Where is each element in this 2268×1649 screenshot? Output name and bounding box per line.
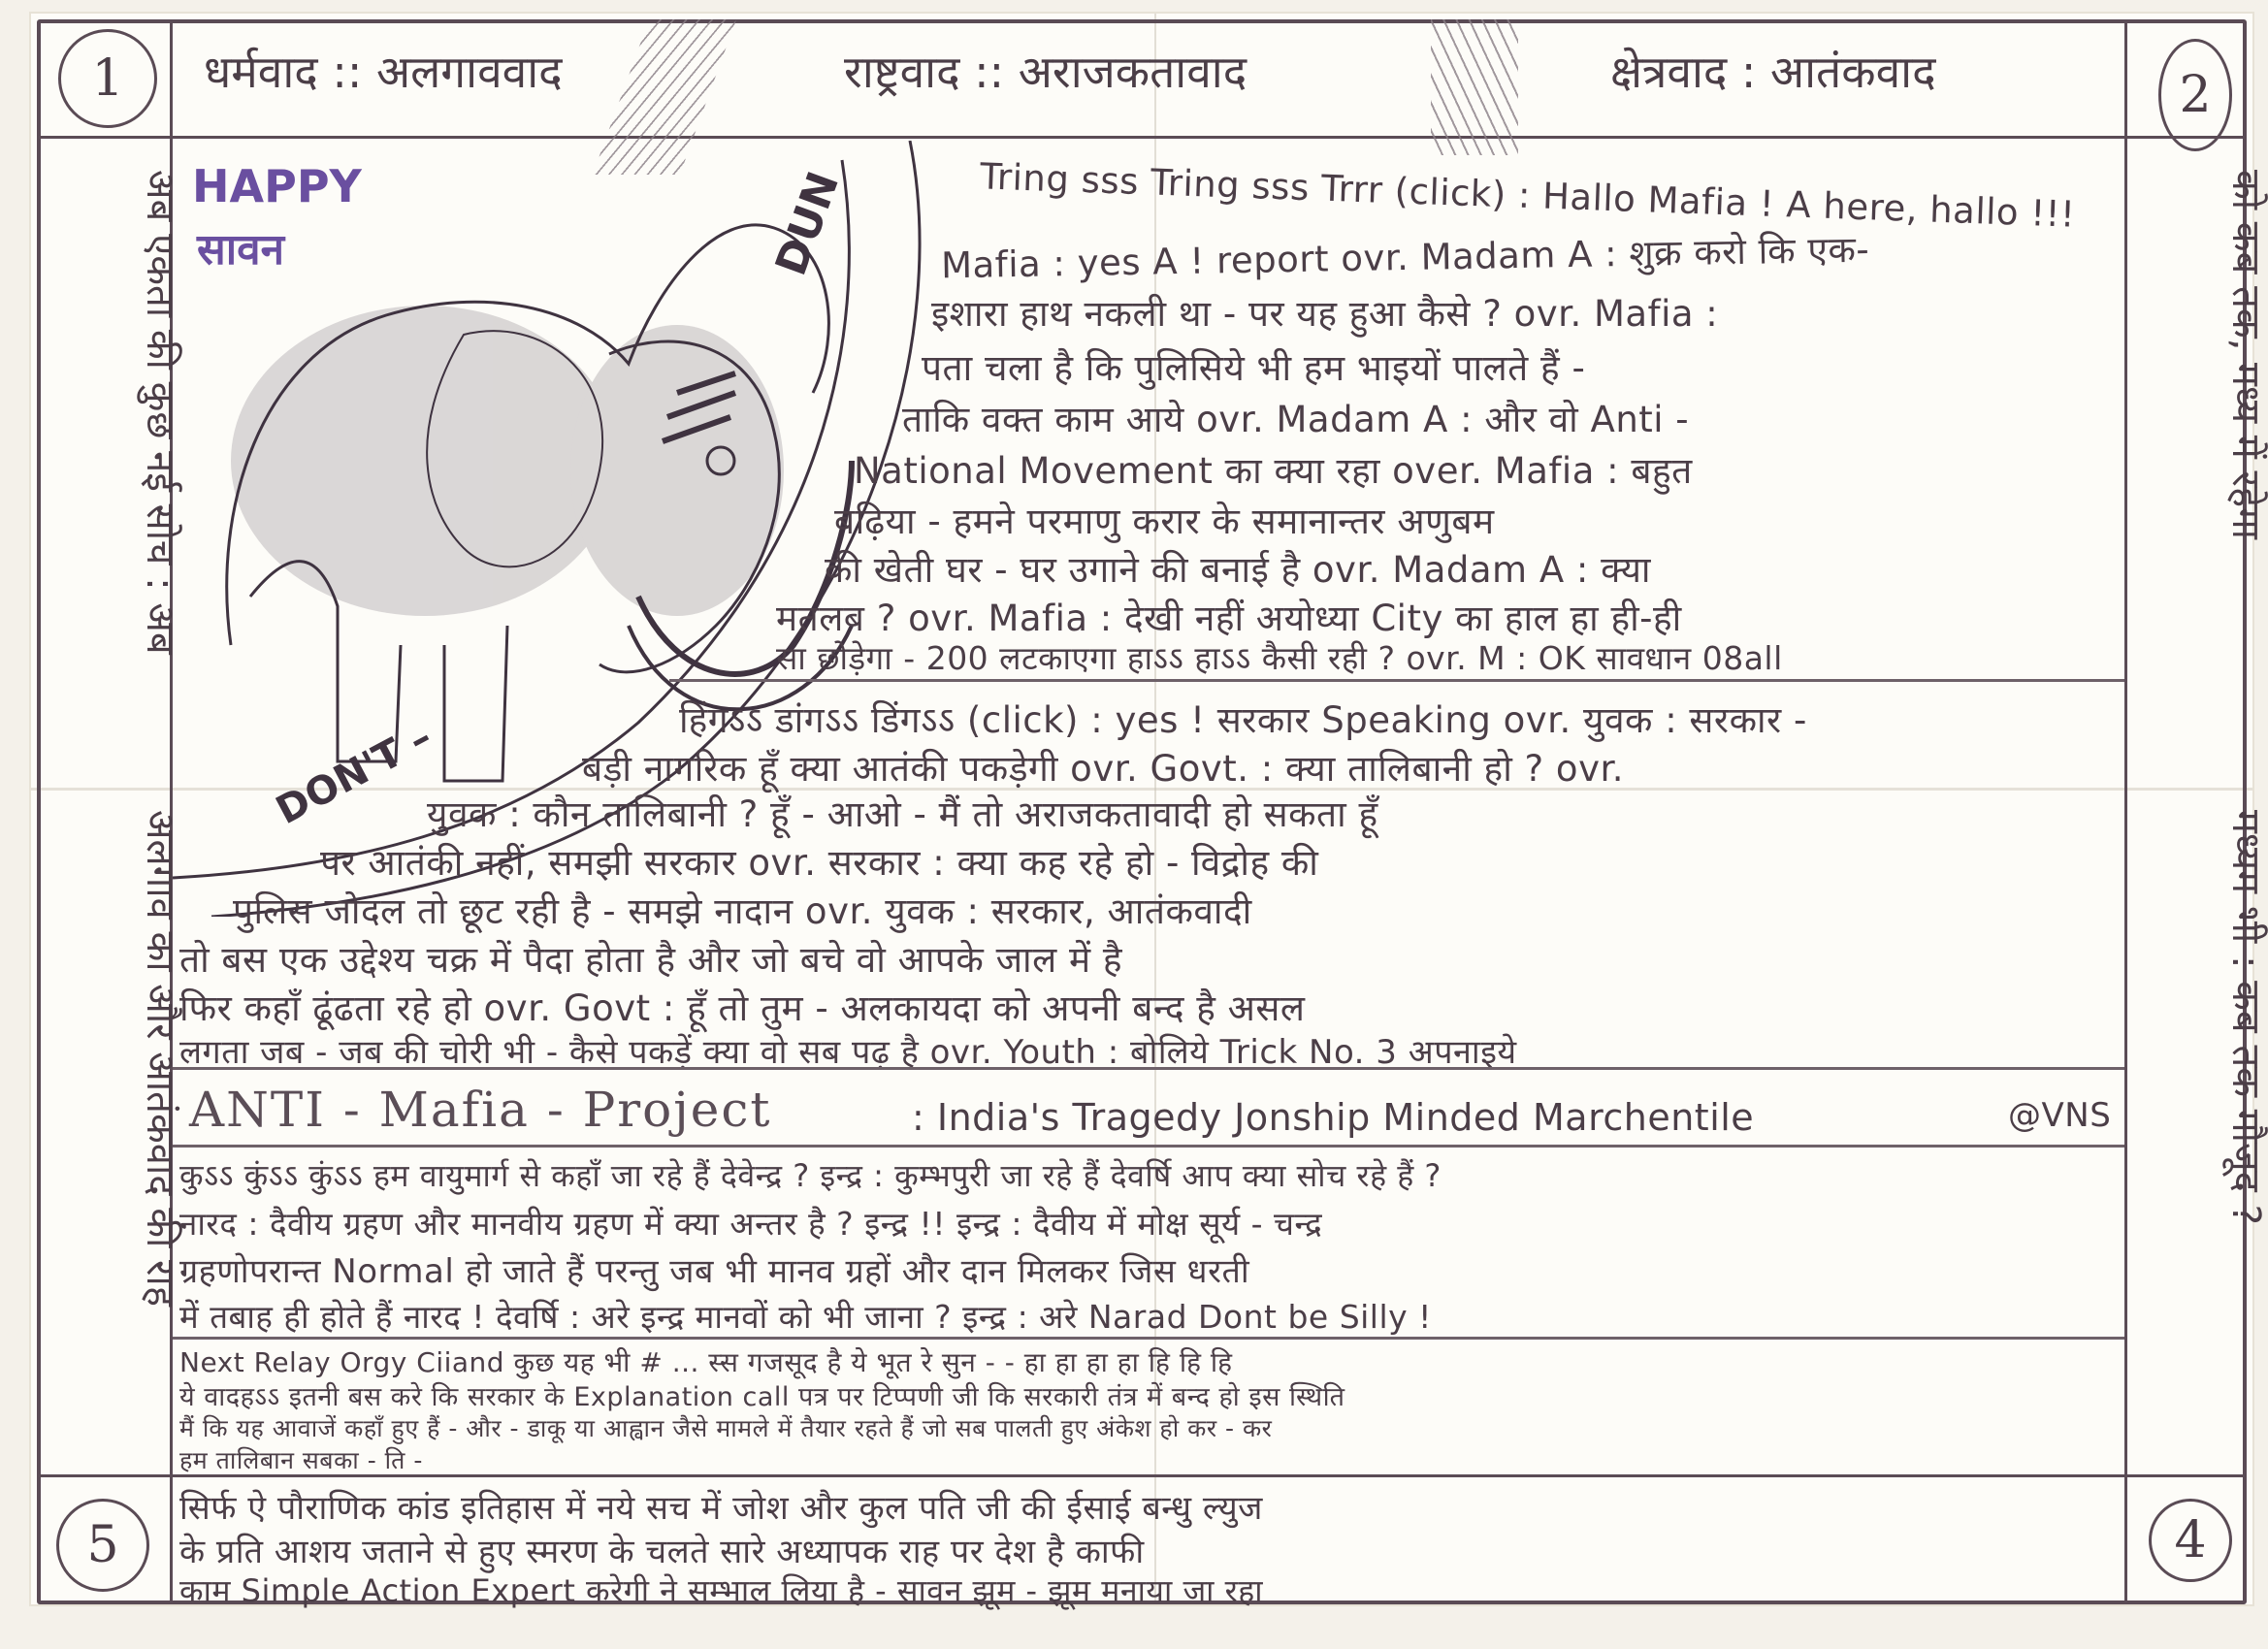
section-rule bbox=[173, 1337, 2124, 1340]
anti-mafia-project-title: ANTI - Mafia - Project bbox=[189, 1082, 771, 1138]
text-line: सा छोड़ेगा - 200 लटकाएगा हाऽऽ हाऽऽ कैसी … bbox=[776, 635, 1783, 679]
purple-caption-savan: सावन bbox=[197, 218, 284, 276]
project-subtitle: : India's Tragedy Jonship Minded Marchen… bbox=[912, 1096, 1754, 1139]
corner-number-1: 1 bbox=[58, 29, 157, 128]
text-line: नारद : दैवीय ग्रहण और मानवीय ग्रहण में क… bbox=[179, 1201, 1322, 1245]
header-item-3: क्षेत्रवाद : आतंकवाद bbox=[1610, 41, 1936, 101]
header-item-1: धर्मवाद :: अलगाववाद bbox=[204, 41, 563, 101]
text-line: पर आतंकी नहीं, समझी सरकार ovr. सरकार : क… bbox=[320, 836, 1318, 886]
hatch-separator-2 bbox=[1431, 19, 1518, 155]
section-rule bbox=[173, 1067, 2124, 1070]
section-rule bbox=[173, 1145, 2124, 1148]
text-line: हम तालिबान सबका - ति - bbox=[179, 1443, 423, 1476]
right-margin-line bbox=[2124, 19, 2127, 1604]
text-line: बड़ी नागरिक हूँ क्या आतंकी पकड़ेगी ovr. … bbox=[582, 742, 1624, 792]
text-line: तो बस एक उद्देश्य चक्र में पैदा होता है … bbox=[179, 933, 1122, 983]
corner-number-5: 5 bbox=[56, 1499, 149, 1592]
text-line: हिंगऽऽ डांगऽऽ डिंगऽऽ (click) : yes ! सरक… bbox=[679, 694, 1807, 743]
purple-caption-happy: HAPPY bbox=[192, 160, 362, 212]
text-line: इशारा हाथ नकली था - पर यह हुआ कैसे ? ovr… bbox=[931, 287, 1718, 337]
corner-number-2: 2 bbox=[2158, 39, 2232, 151]
header-item-2: राष्ट्रवाद :: अराजकतावाद bbox=[844, 41, 1247, 101]
text-line: मैं कि यह आवाजें कहाँ हुए हैं - और - डाक… bbox=[179, 1411, 1272, 1444]
text-line: पता चला है कि पुलिसिये भी हम भाइयों पालत… bbox=[922, 341, 1585, 391]
text-line: मतलब ? ovr. Mafia : देखी नहीं अयोध्या Ci… bbox=[776, 592, 1682, 641]
text-line: ये वादहऽऽ इतनी बस करे कि सरकार के Explan… bbox=[179, 1377, 1345, 1413]
signature: @VNS bbox=[2008, 1096, 2111, 1135]
text-line: Next Relay Orgy Ciiand कुछ यह भी # ... स… bbox=[179, 1343, 1232, 1380]
text-line: युवक : कौन तालिबानी ? हूँ - आओ - मैं तो … bbox=[427, 788, 1378, 837]
corner-number-4: 4 bbox=[2149, 1499, 2232, 1582]
text-line: काम Simple Action Expert करेगी ने सम्भाल… bbox=[179, 1569, 1263, 1611]
text-line: में तबाह ही होते हैं नारद ! देवर्षि : अर… bbox=[179, 1294, 1432, 1338]
text-line: ताकि वक्त काम आये ovr. Madam A : और वो A… bbox=[902, 393, 1689, 442]
text-line: बढ़िया - हमने परमाणु करार के समानान्तर अ… bbox=[834, 495, 1495, 544]
section-rule bbox=[669, 679, 2124, 682]
text-line: फिर कहाँ ढूंढता रहे हो ovr. Govt : हूँ त… bbox=[179, 982, 1306, 1031]
text-line: की खेती घर - घर उगाने की बनाई है ovr. Ma… bbox=[825, 543, 1651, 593]
header-divider bbox=[39, 136, 2245, 139]
text-line: के प्रति आशय जताने से हुए स्मरण के चलते … bbox=[179, 1528, 1145, 1572]
text-line: ग्रहणोपरान्त Normal हो जाते हैं परन्तु ज… bbox=[179, 1247, 1249, 1292]
text-line: कुऽऽ कुंऽऽ कुंऽऽ हम वायुमार्ग से कहाँ जा… bbox=[179, 1154, 1442, 1196]
text-line: सिर्फ ऐ पौराणिक कांड इतिहास में नये सच म… bbox=[179, 1484, 1263, 1529]
right-margin-text-upper: को कब तक, मध्य में रहेगा bbox=[2221, 170, 2268, 539]
right-margin-text-lower: मध्यम भी : कब तक मौजूद ? bbox=[2221, 810, 2268, 1225]
text-line: National Movement का क्या रहा over. Mafi… bbox=[854, 444, 1693, 494]
text-line: पुलिस जोदल तो छूट रही है - समझे नादान ov… bbox=[233, 885, 1252, 934]
